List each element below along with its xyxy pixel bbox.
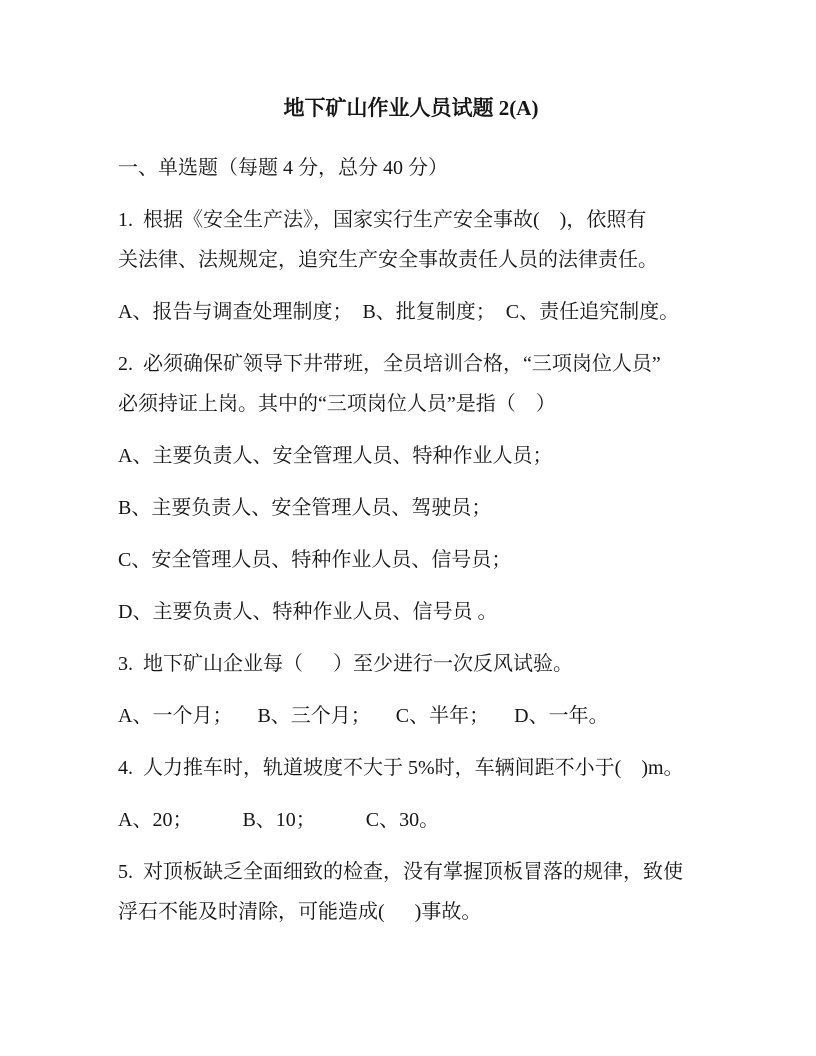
question-2-stem-line-2: 必须持证上岗。其中的“三项岗位人员”是指（ ） bbox=[118, 384, 704, 424]
question-4-stem: 4. 人力推车时，轨道坡度不大于 5%时，车辆间距不小于( )m。 bbox=[118, 748, 704, 788]
question-5-stem-line-1: 5. 对顶板缺乏全面细致的检查，没有掌握顶板冒落的规律，致使 bbox=[118, 852, 704, 892]
question-2-option-d: D、主要负责人、特种作业人员、信号员 。 bbox=[118, 592, 704, 632]
question-1-options-line: A、报告与调查处理制度； B、批复制度； C、责任追究制度。 bbox=[118, 292, 704, 332]
question-1-options: A、报告与调查处理制度； B、批复制度； C、责任追究制度。 bbox=[118, 292, 704, 332]
question-2-stem-line-1: 2. 必须确保矿领导下井带班，全员培训合格，“三项岗位人员” bbox=[118, 344, 704, 384]
question-1-stem-line-2: 关法律、法规规定，追究生产安全事故责任人员的法律责任。 bbox=[118, 240, 704, 280]
question-3-stem: 3. 地下矿山企业每（ ）至少进行一次反风试验。 bbox=[118, 644, 704, 684]
question-3-stem-line-1: 3. 地下矿山企业每（ ）至少进行一次反风试验。 bbox=[118, 644, 704, 684]
question-2-option-c-line: C、安全管理人员、特种作业人员、信号员； bbox=[118, 540, 704, 580]
question-2-option-b-line: B、主要负责人、安全管理人员、驾驶员； bbox=[118, 488, 704, 528]
question-3-options-line: A、一个月； B、三个月； C、半年； D、一年。 bbox=[118, 696, 704, 736]
question-1-stem: 1. 根据《安全生产法》，国家实行生产安全事故( )，依照有 关法律、法规规定，… bbox=[118, 200, 704, 280]
exam-document-page: 地下矿山作业人员试题 2(A) 一、单选题（每题 4 分，总分 40 分） 1.… bbox=[0, 0, 816, 1056]
section-heading: 一、单选题（每题 4 分，总分 40 分） bbox=[118, 148, 704, 188]
question-3-options: A、一个月； B、三个月； C、半年； D、一年。 bbox=[118, 696, 704, 736]
page-title: 地下矿山作业人员试题 2(A) bbox=[118, 88, 704, 128]
question-4-stem-line-1: 4. 人力推车时，轨道坡度不大于 5%时，车辆间距不小于( )m。 bbox=[118, 748, 704, 788]
question-2-option-c: C、安全管理人员、特种作业人员、信号员； bbox=[118, 540, 704, 580]
question-4-options: A、20； B、10； C、30。 bbox=[118, 800, 704, 840]
question-1-stem-line-1: 1. 根据《安全生产法》，国家实行生产安全事故( )，依照有 bbox=[118, 200, 704, 240]
question-2-option-a-line: A、主要负责人、安全管理人员、特种作业人员； bbox=[118, 436, 704, 476]
question-4-options-line: A、20； B、10； C、30。 bbox=[118, 800, 704, 840]
question-2-option-d-line: D、主要负责人、特种作业人员、信号员 。 bbox=[118, 592, 704, 632]
question-2-stem: 2. 必须确保矿领导下井带班，全员培训合格，“三项岗位人员” 必须持证上岗。其中… bbox=[118, 344, 704, 424]
question-2-option-a: A、主要负责人、安全管理人员、特种作业人员； bbox=[118, 436, 704, 476]
question-5-stem: 5. 对顶板缺乏全面细致的检查，没有掌握顶板冒落的规律，致使 浮石不能及时清除，… bbox=[118, 852, 704, 932]
question-2-option-b: B、主要负责人、安全管理人员、驾驶员； bbox=[118, 488, 704, 528]
question-5-stem-line-2: 浮石不能及时清除，可能造成( )事故。 bbox=[118, 892, 704, 932]
